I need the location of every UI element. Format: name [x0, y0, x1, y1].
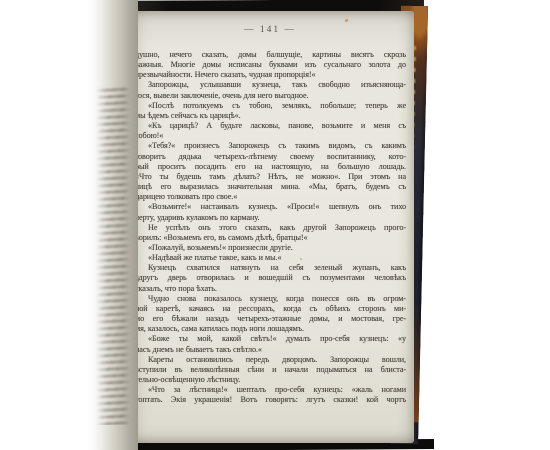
- book-photo: — 141 — душно, нечего сказать, домы балш…: [0, 0, 550, 450]
- text-line: тельно-освѣщенную лѣстницу.: [135, 375, 406, 385]
- text-line: вдругъ дверь отворилась и вошедшій съ по…: [135, 273, 406, 283]
- text-line: ной каретѣ, качаясь на рессорахъ, когда …: [135, 304, 406, 314]
- text-line: вступили въ великолѣпныя сѣни и начали п…: [135, 365, 406, 375]
- text-line: «Боже ты мой, какой свѣтъ!« думалъ про-с…: [135, 334, 406, 344]
- text-line: топтать. Экія украшенія! Вотъ говорятъ: …: [135, 395, 406, 405]
- text-line: «Что ты будешь тамъ дѣлать? Нѣтъ, не мож…: [135, 172, 406, 182]
- text-line: Чудно снова показалось кузнецу, когда по…: [135, 294, 406, 304]
- text-line: «Возьмите!« настаивалъ кузнецъ. «Проси!«…: [135, 202, 406, 212]
- foxing-spot: [345, 19, 348, 22]
- text-line: «Что за лѣстница!« шепталъ про-себя кузн…: [135, 385, 406, 395]
- text-line: «Пожалуй, возьмемъ!« произнесли другіе.: [135, 243, 406, 253]
- text-line: мя, казалось, сама катилась подъ ноги ло…: [135, 324, 406, 334]
- text-line: душно, нечего сказать, домы балшущіе, ка…: [135, 50, 406, 60]
- text-line: царицею толковать про свое.«: [135, 192, 406, 202]
- text-line: насъ днемъ не бываетъ такъ свѣтло.«: [135, 345, 406, 355]
- foxing-spot: [300, 258, 302, 260]
- text-line: чрезвычайности. Нечего сказать, чудная п…: [135, 70, 406, 80]
- text-line: Кузнецъ схватился натянуть на себя зелен…: [135, 263, 406, 273]
- text-line: «Къ царицѣ? А будьте ласковы, панове, во…: [135, 121, 406, 131]
- text-line: Не успѣлъ онъ этого сказать, какъ другой…: [135, 223, 406, 233]
- text-line: сказалъ, что пора ѣхать.: [135, 284, 406, 294]
- text-line: Кареты остановились передъ дворцомъ. Зап…: [135, 355, 406, 365]
- text-line: лицѣ его выразилась значительная мина. «…: [135, 182, 406, 192]
- text-line: важныя. Многіе домы исписаны буквами изъ…: [135, 60, 406, 70]
- text-line: собою!«: [135, 131, 406, 141]
- text-line: «Тебя?« произнесъ Запорожецъ съ такимъ в…: [135, 141, 406, 151]
- text-line: черту, ударивъ кулакомъ по карману.: [135, 213, 406, 223]
- text-line: мо его бѣжали назадъ четырехъ-этажные до…: [135, 314, 406, 324]
- page-text: душно, нечего сказать, домы балшущіе, ка…: [135, 50, 406, 405]
- text-line: рый проситъ посадить его на настоящую, н…: [135, 162, 406, 172]
- book-page: — 141 — душно, нечего сказать, домы балш…: [126, 11, 414, 443]
- text-line: Запорожцы, услышавши кузнеца, такъ свобо…: [135, 80, 406, 90]
- facing-page-text-blur: [96, 85, 130, 425]
- text-line: «Послѣ потолкуемъ съ тобою, землякъ, поб…: [135, 101, 406, 111]
- text-line: мы ѣдемъ сейчасъ къ царицѣ«.: [135, 111, 406, 121]
- facing-page-edge: [90, 0, 138, 450]
- text-line: «Надѣвай же платье такое, какъ и мы.«: [135, 253, 406, 263]
- text-line: говоритъ дядька четырехъ-лѣтнему своему …: [135, 152, 406, 162]
- text-line: ворилъ: «Возьмемъ его, въ самомъ дѣлѣ, б…: [135, 233, 406, 243]
- foxing-spot: [398, 56, 400, 58]
- page-number: — 141 —: [126, 25, 414, 35]
- text-line: гося, вывели заключеніе, очень для него …: [135, 91, 406, 101]
